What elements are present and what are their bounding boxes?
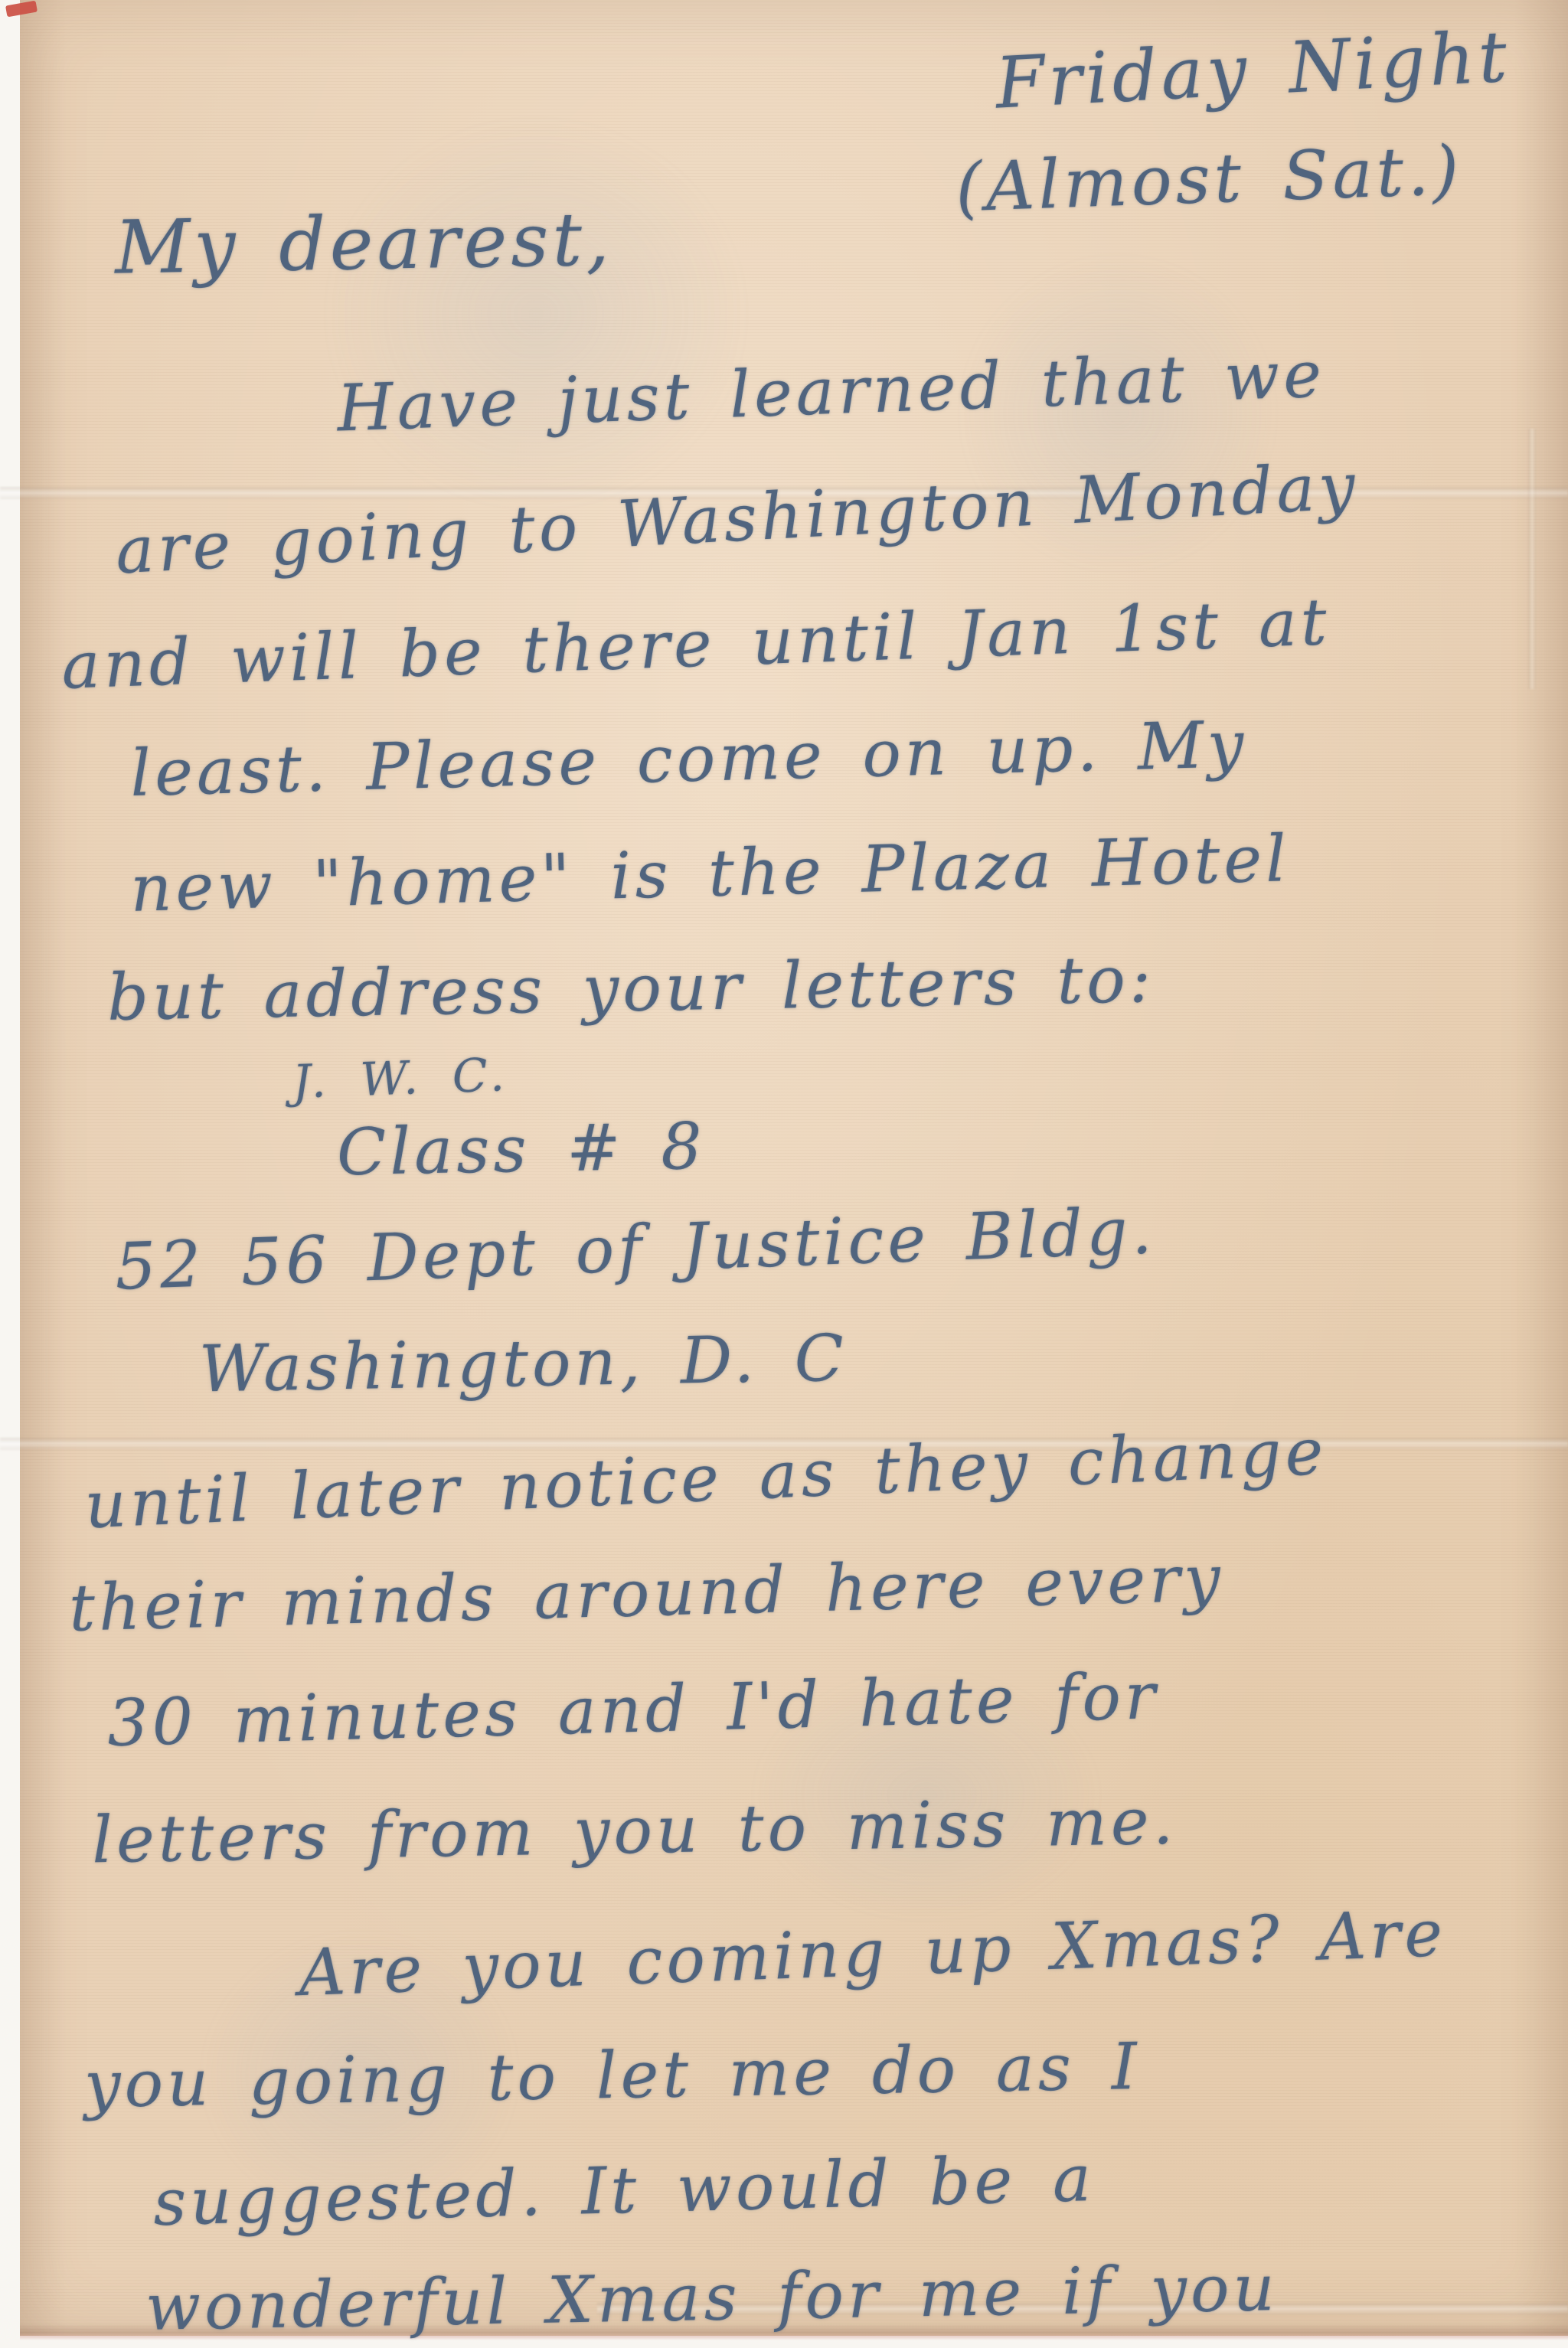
salutation: My dearest, [114,196,613,290]
ink-showthrough [322,115,750,513]
letter-line: Washington, D. C [198,1321,848,1407]
fold-crease [1528,429,1536,689]
letter-line-initials: J. W. C. [292,1048,509,1109]
letter-page: Friday Night (Almost Sat.) My dearest, H… [0,0,1568,2348]
letter-line: Class # 8 [336,1109,706,1190]
